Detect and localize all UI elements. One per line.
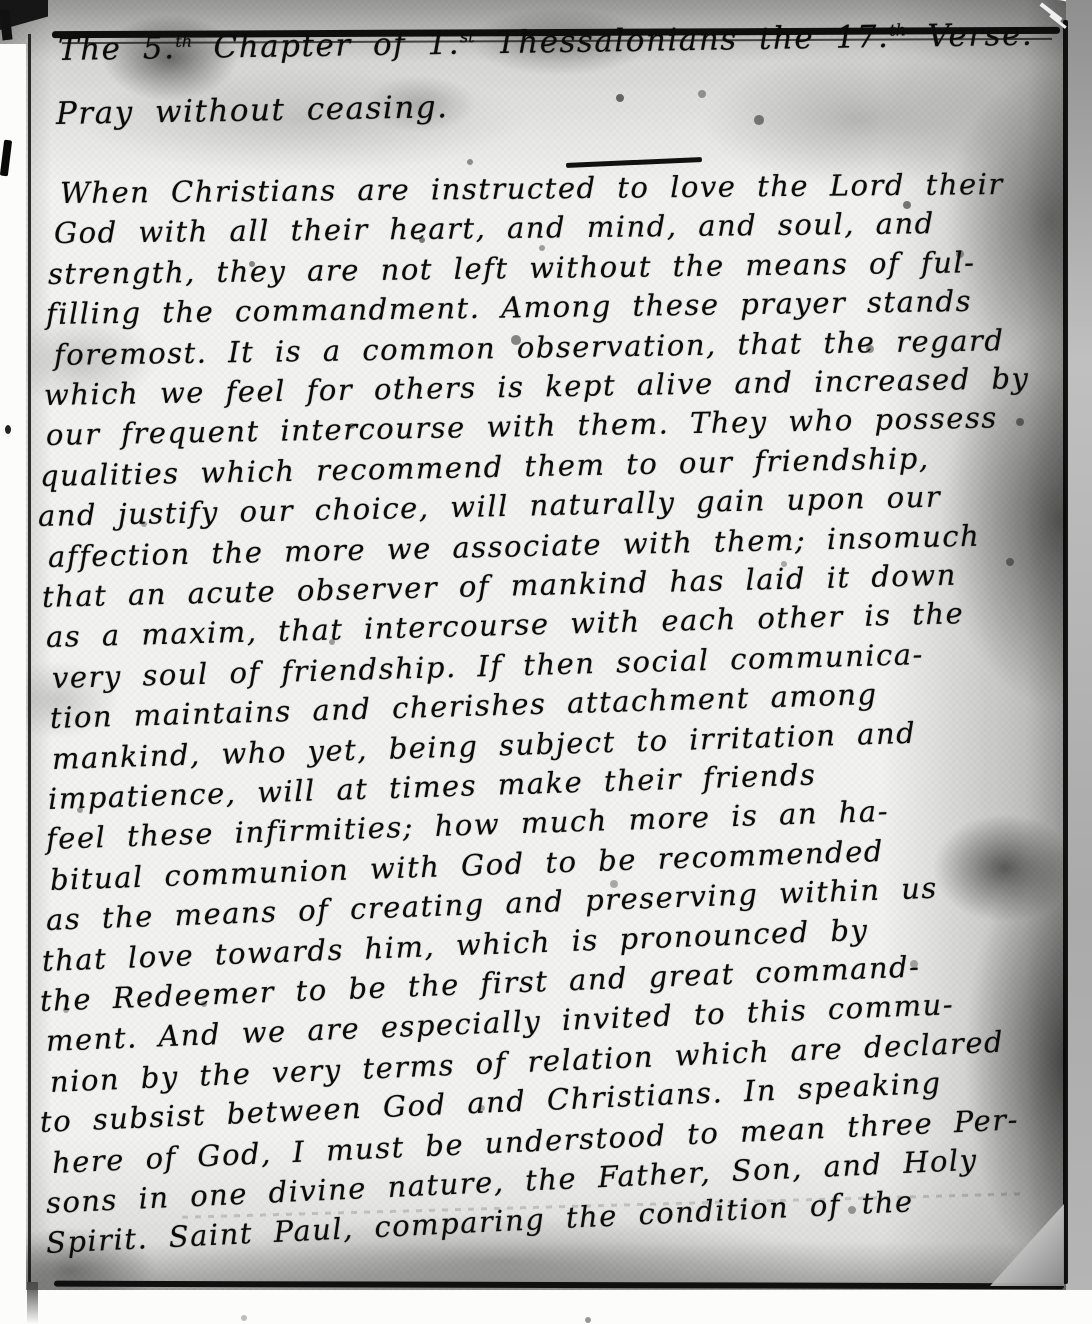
heading-text-segment: Chapter of 1.: [192, 26, 460, 66]
sermon-theme-heading: Pray without ceasing.: [56, 89, 449, 132]
heading-text-segment: Verse.: [906, 17, 1034, 55]
manuscript-line: When Christians are instructed to love t…: [60, 167, 1004, 210]
manuscript-content: The 5.th Chapter of 1.st Thessalonians t…: [0, 0, 1092, 1324]
heading-text-segment: The 5.: [58, 30, 176, 68]
ordinal-superscript: th: [889, 20, 906, 39]
heading-text-segment: Thessalonians the 17.: [474, 19, 889, 62]
scripture-reference-heading: The 5.th Chapter of 1.st Thessalonians t…: [58, 17, 1034, 68]
heading-underline: [566, 157, 702, 168]
manuscript-line: God with all their heart, and mind, and …: [54, 207, 935, 251]
ordinal-superscript: st: [460, 27, 475, 46]
manuscript-line: filling the commandment. Among these pra…: [46, 284, 972, 331]
manuscript-line: strength, they are not left without the …: [48, 245, 976, 291]
ordinal-superscript: th: [175, 32, 192, 51]
